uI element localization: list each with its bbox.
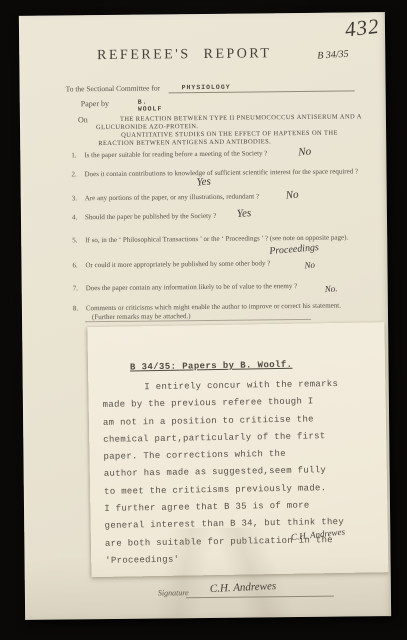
question-6: 6. Or could it more appropriately be pub… <box>85 258 359 270</box>
committee-label: To the Sectional Committee for <box>66 83 161 93</box>
question-number: 7. <box>73 284 78 293</box>
question-2: 2. Does it contain contributions to know… <box>84 167 358 179</box>
signature-label: Signature <box>158 588 189 597</box>
question-4: 4. Should the paper be published by the … <box>85 210 359 222</box>
question-number: 8. <box>73 304 78 313</box>
question-5: 5. If so, in the ‘ Philosophical Transac… <box>85 233 359 245</box>
question-text: Are any portions of the paper, or any il… <box>85 192 259 202</box>
committee-value: PHYSIOLOGY <box>182 84 231 92</box>
paper-by-label: Paper by <box>81 99 109 108</box>
question-number: 6. <box>72 261 77 270</box>
question-number: 5. <box>72 236 77 245</box>
paper-by-value: B. WOOLF <box>138 98 163 112</box>
question-number: 4. <box>72 213 77 222</box>
reference-code-annotation: B 34/35 <box>317 49 349 62</box>
handwritten-answer: No <box>304 259 315 271</box>
question-text: Comments or criticisms which might enabl… <box>86 302 341 313</box>
question-text: Does the paper contain any information l… <box>86 282 298 292</box>
note-line: 'Proceedings' <box>105 548 383 570</box>
question-number: 2. <box>71 170 76 179</box>
handwritten-answer: No. <box>324 283 338 295</box>
handwritten-answer: No <box>285 190 299 202</box>
question-number: 1. <box>71 151 76 160</box>
question-7: 7. Does the paper contain any informatio… <box>86 281 360 293</box>
attached-referee-note: B 34/35: Papers by B. Woolf. I entirely … <box>87 322 388 577</box>
archive-number-annotation: 432 <box>344 11 406 43</box>
handwritten-answer: Proceedings <box>269 242 319 257</box>
signature-line <box>186 596 334 599</box>
question-text: Does it contain contributions to knowled… <box>84 167 358 178</box>
committee-row: To the Sectional Committee for PHYSIOLOG… <box>66 81 366 84</box>
paper-title-line: THE REACTION BETWEEN TYPE II PNEUMOCOCCU… <box>120 113 362 123</box>
paper-by-row: Paper by B. WOOLF <box>81 99 109 108</box>
question-1: 1. Is the paper suitable for reading bef… <box>84 148 358 160</box>
referee-report-page: 432 REFEREE'S REPORT B 34/35 To the Sect… <box>19 12 391 620</box>
note-body: I entirely concur with the remarks made … <box>102 375 383 570</box>
note-heading: B 34/35: Papers by B. Woolf. <box>130 360 293 373</box>
question-text: Or could it more appropriately be publis… <box>85 259 270 269</box>
question-number: 3. <box>72 194 77 203</box>
paper-title-line: GLUCURONIDE AZO-PROTEIN. <box>96 123 198 131</box>
photo-background: 432 REFEREE'S REPORT B 34/35 To the Sect… <box>0 0 407 640</box>
on-label: On <box>78 115 88 124</box>
paper-title-line: QUANTITATIVE STUDIES ON THE EFFECT OF HA… <box>121 130 338 139</box>
form-title: REFEREE'S REPORT <box>19 45 349 64</box>
handwritten-answer: Yes <box>237 208 252 220</box>
handwritten-answer: No <box>298 146 312 158</box>
question-text: Is the paper suitable for reading before… <box>84 149 267 159</box>
question-3: 3. Are any portions of the paper, or any… <box>85 191 359 203</box>
question-text: Should the paper be published by the Soc… <box>85 212 216 221</box>
signature-row: Signature C.H. Andrewes <box>158 584 358 586</box>
paper-title-line: REACTION BETWEEN ANTIGENS AND ANTIBODIES… <box>98 138 271 147</box>
handwritten-signature: C.H. Andrewes <box>210 580 277 595</box>
handwritten-answer: Yes <box>196 176 211 188</box>
